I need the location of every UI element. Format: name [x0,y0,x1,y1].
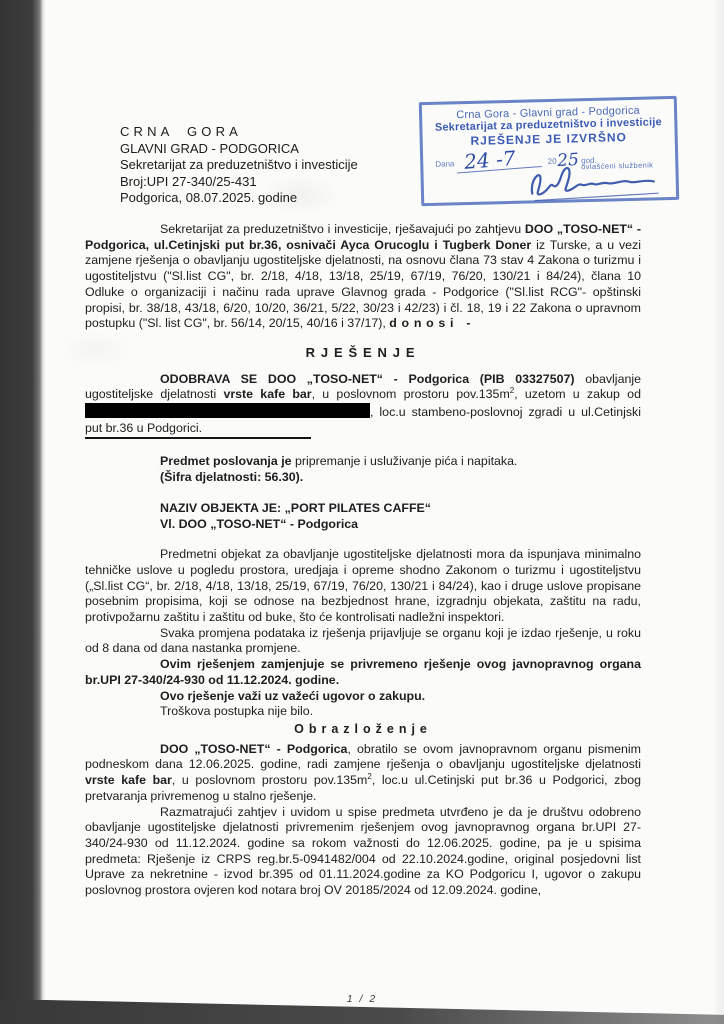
stamp-date-label: Dana [435,159,454,171]
scanned-document-page: CRNA GORA GLAVNI GRAD - PODGORICA Sekret… [0,0,724,1024]
page-number: 1 / 2 [0,993,724,1005]
scan-shadow-right [712,0,724,1024]
activity-code-line: (Šifra djelatnosti: 56.30). [85,470,641,486]
heading-obrazlozenje: Obrazloženje [85,722,641,738]
intro-paragraph: Sekretarijat za preduzetništvo i investi… [85,222,641,332]
execution-stamp: Crna Gora - Glavni grad - Podgorica Sekr… [419,96,679,206]
letterhead-city: GLAVNI GRAD - PODGORICA [120,141,358,158]
request-paragraph: DOO „TOSO-NET“ - Podgorica, obratilo se … [85,742,641,805]
object-name-line: NAZIV OBJEKTA JE: „PORT PILATES CAFFE“ [85,501,641,517]
costs-line: Troškova postupka nije bilo. [85,704,641,720]
lease-validity-line: Ovo rješenje važi uz važeći ugovor o zak… [85,689,641,705]
redaction-underline [85,437,311,439]
review-paragraph: Razmatrajući zahtjev i uvidom u spise pr… [85,805,641,899]
redaction-box [85,403,370,418]
scan-edge-left [0,0,46,1024]
change-notice-paragraph: Svaka promjena podataka iz rješenja prij… [85,626,641,657]
business-subject-line: Predmet poslovanja je pripremanje i uslu… [85,454,641,470]
owner-line: Vl. DOO „TOSO-NET“ - Podgorica [85,517,641,533]
signature-icon [521,155,673,210]
approval-paragraph: ODOBRAVA SE DOO „TOSO-NET“ - Podgorica (… [85,372,641,437]
letterhead-country: CRNA GORA [120,124,358,141]
document-body: Sekretarijat za preduzetništvo i investi… [85,222,641,899]
conditions-paragraph: Predmetni objekat za obavljanje ugostite… [85,547,641,626]
letterhead: CRNA GORA GLAVNI GRAD - PODGORICA Sekret… [120,124,358,207]
letterhead-case-number: Broj:UPI 27-340/25-431 [120,174,358,191]
letterhead-department: Sekretarijat za preduzetništvo i investi… [120,157,358,174]
heading-rjesenje: RJEŠENJE [85,345,641,361]
replacement-paragraph: Ovim rješenjem zamjenjuje se privremeno … [85,657,641,688]
letterhead-date: Podgorica, 08.07.2025. godine [120,190,358,207]
